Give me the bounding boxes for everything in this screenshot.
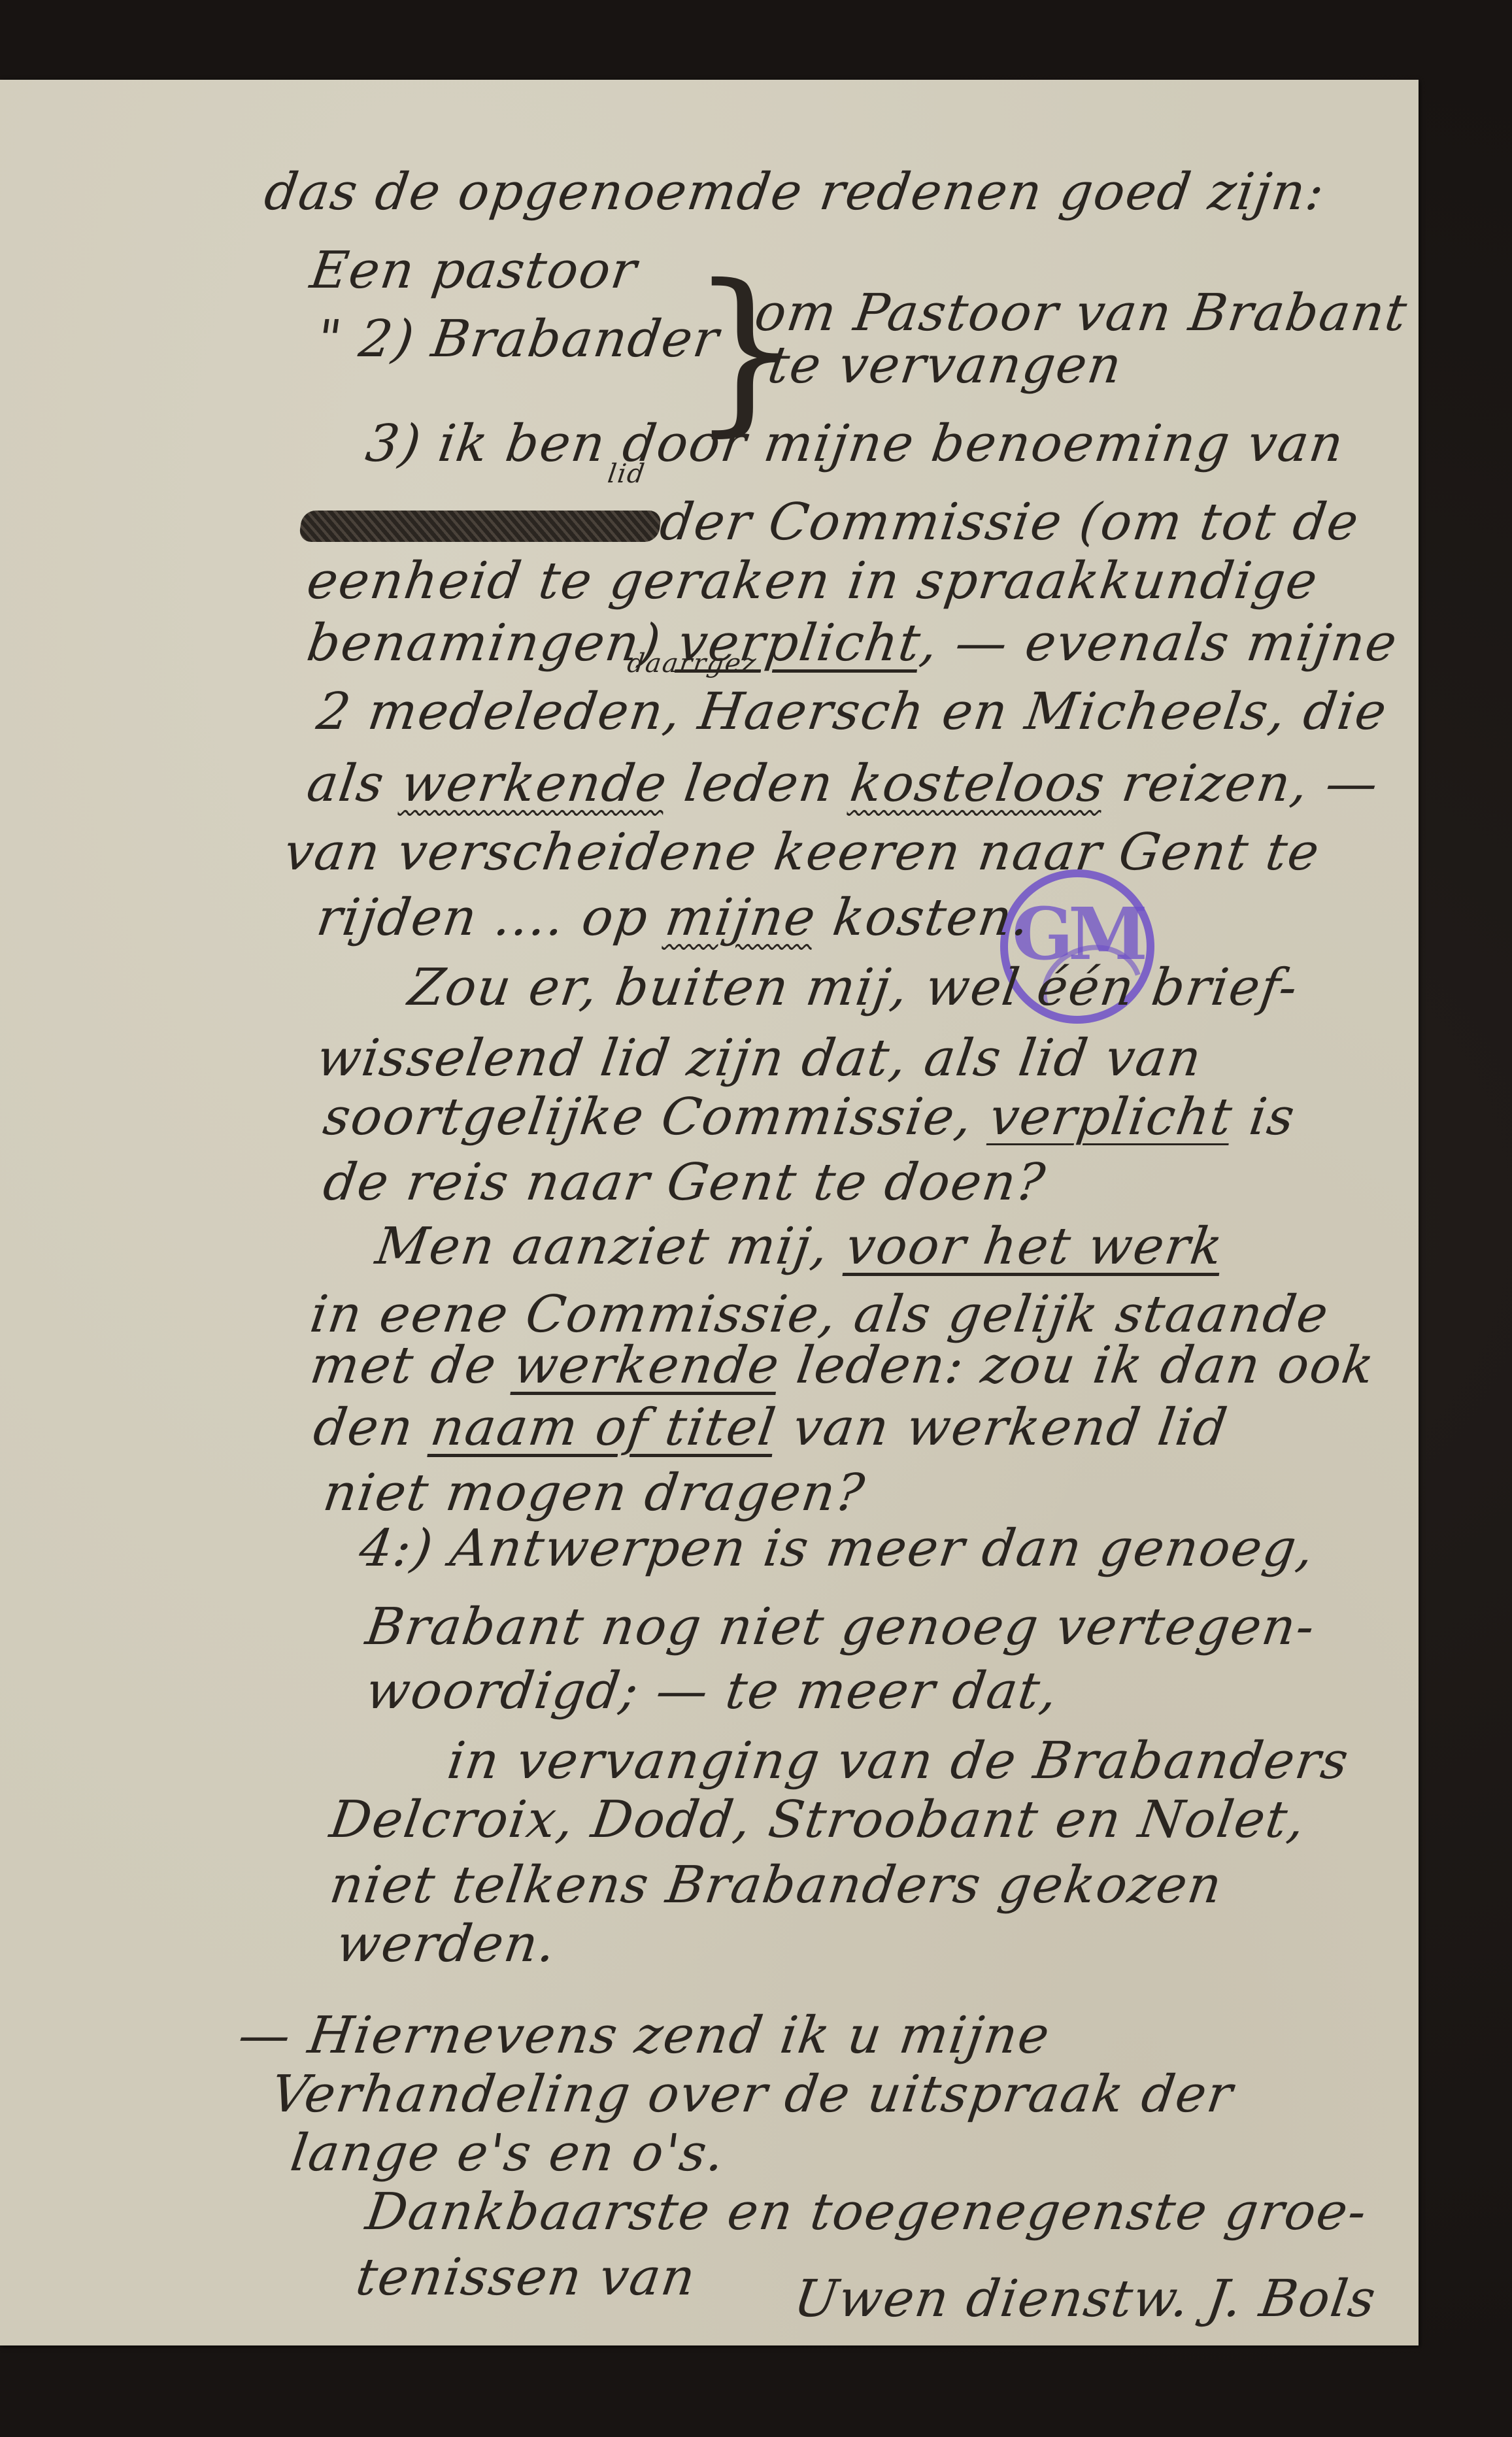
signature-line: Uwen dienstw. J. Bols xyxy=(791,2274,1379,2325)
text-line-23: Brabant nog niet genoeg vertegen- xyxy=(363,1602,1319,1653)
text-line-22: 4:) Antwerpen is meer dan genoeg, xyxy=(356,1523,1318,1574)
underlined-voor-het-werk: voor het werk xyxy=(842,1217,1227,1276)
text-line-17a: Men aanziet mij, xyxy=(372,1217,833,1276)
underlined-naam-of-titel: naam of titel xyxy=(427,1398,780,1457)
text-line-9: 2 medeleden, Haersch en Micheels, die xyxy=(314,686,1390,737)
text-line-18: in eene Commissie, als gelijk staande xyxy=(307,1289,1332,1340)
text-line-10a: als xyxy=(303,754,388,813)
text-line-12: rijden .... op mijne kosten. xyxy=(314,892,1033,943)
text-line-20: den naam of titel van werkend lid xyxy=(311,1402,1231,1453)
text-line-31: lange e's en o's. xyxy=(288,2128,728,2179)
text-line-20c: van werkend lid xyxy=(789,1398,1232,1457)
text-line-1: das de opgenoemde redenen goed zijn: xyxy=(261,167,1328,218)
text-line-27: niet telkens Brabanders gekozen xyxy=(327,1860,1226,1911)
text-line-11: van verscheidene keeren naar Gent te xyxy=(281,827,1323,878)
text-line-29: — Hiernevens zend ik u mijne xyxy=(235,2010,1054,2061)
text-line-14: wisselend lid zijn dat, als lid van xyxy=(314,1033,1205,1084)
text-line-20a: den xyxy=(310,1398,418,1457)
underlined-verplicht-2: verplicht xyxy=(986,1088,1236,1147)
insert-daarrgez: daarrgez xyxy=(626,650,759,677)
text-line-17: Men aanziet mij, voor het werk xyxy=(373,1221,1226,1272)
text-line-32: Dankbaarste en toegenegenste groe- xyxy=(363,2187,1371,2238)
underlined-werkende: werkende xyxy=(397,754,671,813)
text-line-8: benamingen) verplicht, — evenals mijne xyxy=(304,618,1401,669)
struck-out-word: hoogleeraar xyxy=(298,511,662,542)
text-line-15c: is xyxy=(1246,1088,1300,1147)
text-line-10: als werkende leden kosteloos reizen, — xyxy=(304,758,1382,809)
text-line-19: met de werkende leden: zou ik dan ook xyxy=(307,1340,1378,1391)
text-line-3b: om Pastoor van Brabant xyxy=(752,288,1411,339)
text-line-5: 3) ik ben door mijne benoeming van xyxy=(363,418,1347,469)
text-line-28: werden. xyxy=(333,1919,560,1970)
text-line-24: woordigd; — te meer dat, xyxy=(363,1666,1062,1717)
text-line-25: in vervanging van de Brabanders xyxy=(445,1736,1352,1787)
text-line-6-rest: der Commissie (om tot de xyxy=(656,493,1363,552)
text-line-10c: leden xyxy=(680,754,837,813)
text-line-16: de reis naar Gent te doen? xyxy=(320,1157,1049,1208)
text-line-6: hoogleeraarder Commissie (om tot de xyxy=(297,497,1362,548)
text-line-9a: 2 medeleden, xyxy=(313,682,686,741)
text-line-7: eenheid te geraken in spraakkundige xyxy=(304,556,1321,607)
underlined-mijne: mijne xyxy=(662,888,820,947)
text-line-12a: rijden .... op xyxy=(313,888,652,947)
text-line-33a: tenissen van xyxy=(353,2252,699,2303)
text-line-13: Zou er, buiten mij, wel één brief- xyxy=(405,962,1302,1013)
underlined-werkende-2: werkende xyxy=(510,1336,784,1395)
text-line-15a: soortgelijke Commissie, xyxy=(320,1088,977,1147)
insert-lid: lid xyxy=(606,461,647,487)
text-line-19a: met de xyxy=(307,1336,501,1395)
text-line-15: soortgelijke Commissie, verplicht is xyxy=(320,1092,1299,1143)
text-line-26: Delcroix, Dodd, Stroobant en Nolet, xyxy=(327,1794,1309,1845)
text-line-10e: reizen, — xyxy=(1118,754,1383,813)
text-line-8c: , — evenals mijne xyxy=(916,614,1401,673)
text-line-3a: " 2) Brabander xyxy=(314,314,723,365)
text-line-30: Verhandeling over de uitspraak der xyxy=(268,2069,1237,2120)
text-line-12c: kosten. xyxy=(830,888,1034,947)
text-line-21: niet mogen dragen? xyxy=(320,1468,868,1519)
underlined-kosteloos: kosteloos xyxy=(847,754,1109,813)
text-line-4: te vervangen xyxy=(765,340,1126,391)
text-line-8a: benamingen) xyxy=(303,614,665,673)
text-line-9b: Haersch en Micheels, die xyxy=(695,682,1391,741)
text-line-19c: leden: zou ik dan ook xyxy=(793,1336,1379,1395)
text-line-2: Een pastoor xyxy=(307,245,641,296)
